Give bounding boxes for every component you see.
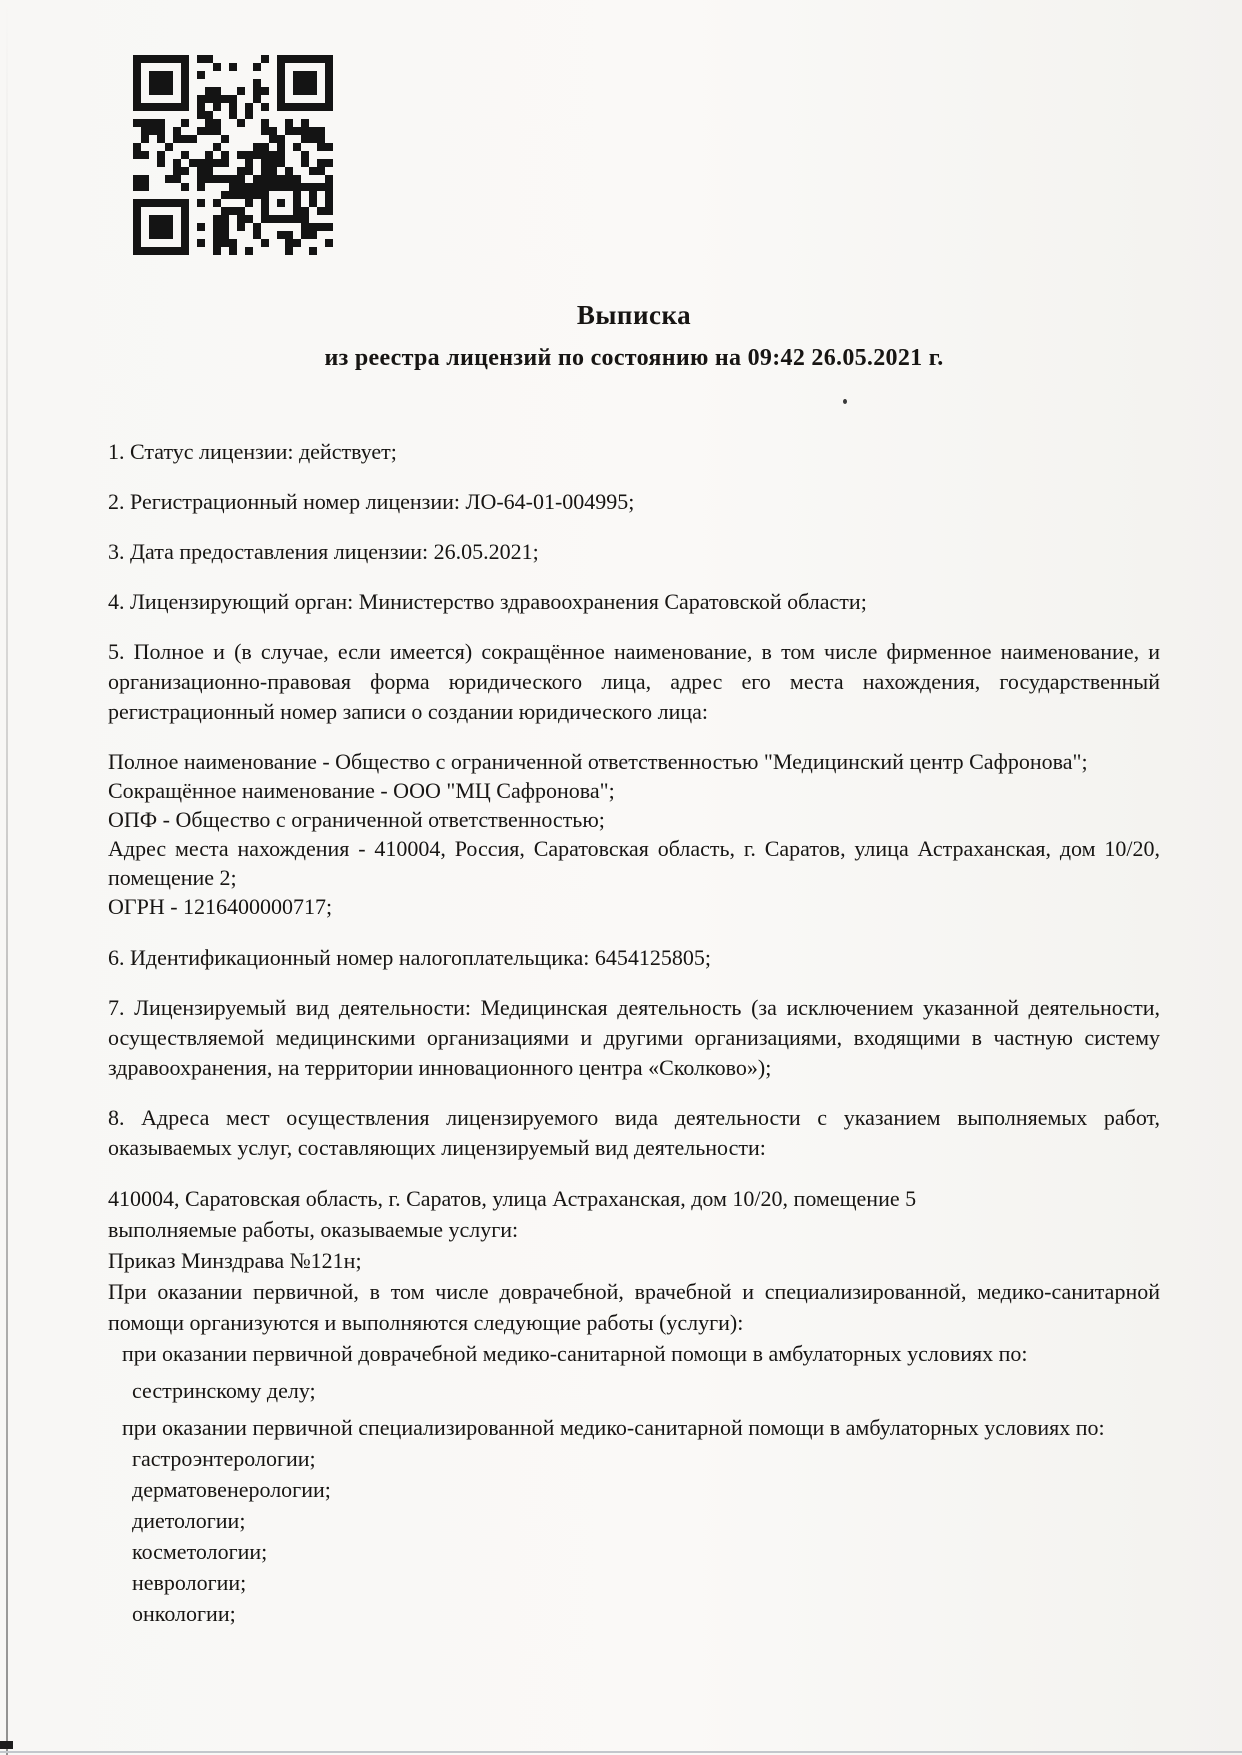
works-services-block: 410004, Саратовская область, г. Саратов,… — [108, 1183, 1160, 1629]
taxpayer-inn: 6. Идентификационный номер налогоплатель… — [108, 943, 1160, 973]
document-subtitle: из реестра лицензий по состоянию на 09:4… — [108, 345, 1160, 372]
specialty-item: дерматовенерологии; — [108, 1474, 1160, 1505]
specialty-item: диетологии; — [108, 1505, 1160, 1536]
license-status: 1. Статус лицензии: действует; — [108, 437, 1160, 467]
work-address: 410004, Саратовская область, г. Саратов,… — [108, 1183, 1160, 1214]
qr-code — [133, 55, 333, 255]
license-grant-date: 3. Дата предоставления лицензии: 26.05.2… — [108, 537, 1160, 567]
activity-addresses-clause: 8. Адреса мест осуществления лицензируем… — [108, 1103, 1160, 1163]
scan-speck — [945, 1287, 948, 1290]
scanned-license-extract-page: Выписка из реестра лицензий по состоянию… — [0, 0, 1242, 1755]
primary-care-works: При оказании первичной, в том числе довр… — [108, 1276, 1160, 1338]
licensed-activity: 7. Лицензируемый вид деятельности: Медиц… — [108, 993, 1160, 1083]
org-short-name: Сокращённое наименование - ООО "МЦ Сафро… — [108, 776, 1160, 805]
license-reg-number: 2. Регистрационный номер лицензии: ЛО-64… — [108, 487, 1160, 517]
nursing-item: сестринскому делу; — [108, 1375, 1160, 1406]
licensing-authority: 4. Лицензирующий орган: Министерство здр… — [108, 587, 1160, 617]
specialized-care: при оказании первичной специализированно… — [108, 1412, 1160, 1443]
specialty-item: гастроэнтерологии; — [108, 1443, 1160, 1474]
scan-left-edge-artifact — [6, 0, 8, 1755]
specialty-item: косметологии; — [108, 1536, 1160, 1567]
scan-bottom-edge-line — [0, 1751, 1242, 1753]
pre-doctor-care: при оказании первичной доврачебной медик… — [108, 1338, 1160, 1369]
scan-bottom-mark — [0, 1741, 13, 1749]
org-legal-form: ОПФ - Общество с ограниченной ответствен… — [108, 805, 1160, 834]
scan-speck — [843, 399, 847, 404]
document-title: Выписка — [108, 300, 1160, 331]
ministry-order: Приказ Минздрава №121н; — [108, 1245, 1160, 1276]
document-body: 1. Статус лицензии: действует; 2. Регист… — [108, 437, 1160, 1629]
org-address: Адрес места нахождения - 410004, Россия,… — [108, 834, 1160, 892]
org-name-clause: 5. Полное и (в случае, если имеется) сок… — [108, 637, 1160, 727]
specialty-item: онкологии; — [108, 1598, 1160, 1629]
org-details-block: Полное наименование - Общество с огранич… — [108, 747, 1160, 921]
works-services-label: выполняемые работы, оказываемые услуги: — [108, 1214, 1160, 1245]
org-ogrn: ОГРН - 1216400000717; — [108, 892, 1160, 921]
specialty-item: неврологии; — [108, 1567, 1160, 1598]
org-full-name: Полное наименование - Общество с огранич… — [108, 747, 1160, 776]
